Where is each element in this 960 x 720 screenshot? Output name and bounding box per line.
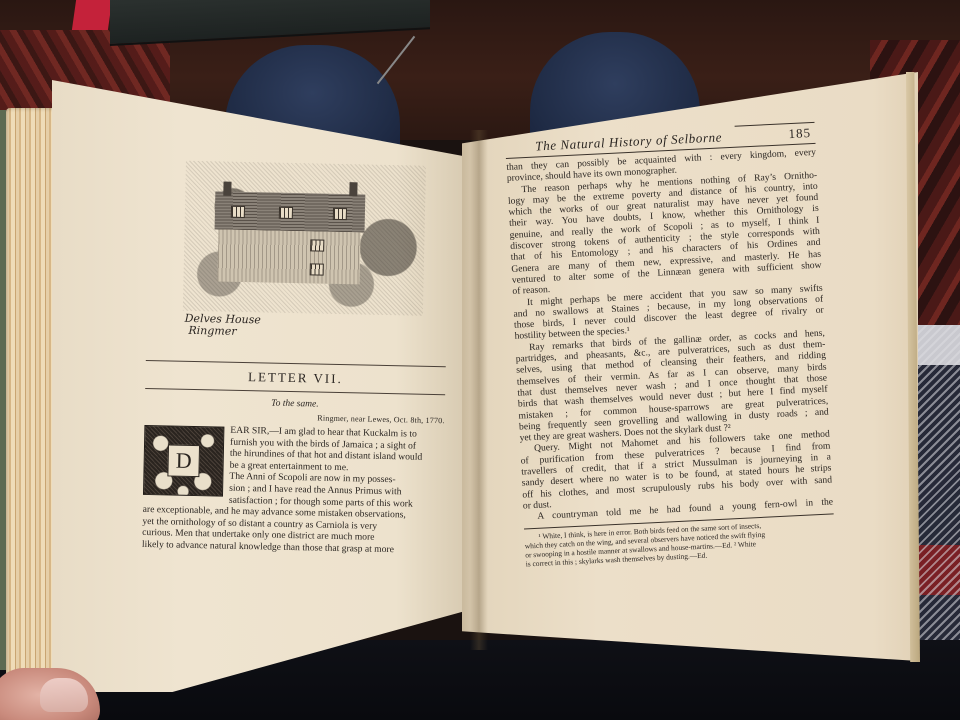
thumbnail-nail <box>40 678 88 712</box>
right-page-content: The Natural History of Selborne 185 than… <box>505 125 836 568</box>
letter-heading: LETTER VII. <box>145 360 446 395</box>
page-body: than they can possibly be acquainted wit… <box>506 147 833 523</box>
wall <box>217 229 360 284</box>
addressee: To the same. <box>145 396 445 412</box>
chimney <box>223 182 231 196</box>
chimney <box>349 182 357 196</box>
window <box>310 263 324 275</box>
red-tag <box>72 0 112 30</box>
letter-body: D EAR SIR,—I am glad to hear that Kuckal… <box>142 423 445 557</box>
window <box>231 206 245 218</box>
page-number: 185 <box>788 125 811 142</box>
photo-scene: Delves House Ringmer LETTER VII. To the … <box>0 0 960 720</box>
book-gutter <box>470 130 488 650</box>
window <box>279 207 293 219</box>
illustration-caption: Delves House Ringmer <box>184 313 261 339</box>
window <box>333 208 347 220</box>
dropcap-letter: D <box>167 444 200 477</box>
house-sketch <box>213 191 365 284</box>
ornamental-dropcap: D <box>143 425 224 497</box>
window <box>310 239 324 251</box>
left-page-content: Delves House Ringmer LETTER VII. To the … <box>142 160 450 557</box>
page-stack-edge <box>6 108 60 680</box>
house-illustration: Delves House Ringmer <box>182 161 426 336</box>
